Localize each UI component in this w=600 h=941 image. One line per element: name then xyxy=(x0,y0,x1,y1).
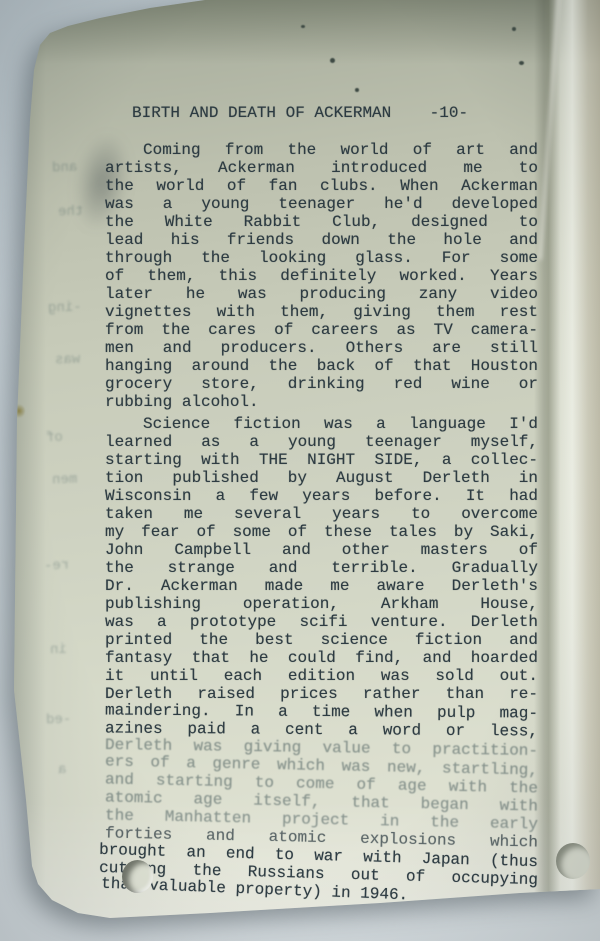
bleedthrough-text: of xyxy=(46,430,63,447)
bleedthrough-text: a xyxy=(58,762,67,778)
paragraph: Science fiction was a language I'd learn… xyxy=(105,415,538,901)
text-line: taken me several years to overcome xyxy=(105,505,538,523)
typewritten-text-block: BIRTH AND DEATH OF ACKERMAN -10- Coming … xyxy=(105,104,538,901)
text-line: was a young teenager he'd developed xyxy=(105,195,538,213)
ink-speck xyxy=(330,58,335,63)
bleedthrough-text: in xyxy=(50,642,67,659)
text-line: of them, this definitely worked. Years xyxy=(105,267,538,285)
text-line: the strange and terrible. Gradually xyxy=(105,559,538,577)
bleedthrough-text: -ed xyxy=(46,712,72,729)
paper-top-shading xyxy=(0,0,600,64)
text-line: Derleth raised prices rather than re- xyxy=(105,685,538,703)
bleedthrough-text: was xyxy=(55,352,81,369)
text-line: publishing operation, Arkham House, xyxy=(105,595,538,613)
text-line: Science fiction was a language I'd xyxy=(105,415,538,433)
paragraph: Coming from the world of art and artists… xyxy=(105,141,538,411)
text-line: later he was producing zany video xyxy=(105,285,538,303)
ink-speck xyxy=(301,25,305,28)
page-title: BIRTH AND DEATH OF ACKERMAN -10- xyxy=(132,104,538,122)
paper-left-shading xyxy=(0,0,46,941)
text-line: artists, Ackerman introduced me to xyxy=(105,159,538,177)
text-line: rubbing alcohol. xyxy=(105,393,538,411)
text-line: the world of fan clubs. When Ackerman xyxy=(105,177,538,195)
text-line: Coming from the world of art and xyxy=(105,141,538,159)
text-line: was a prototype scifi venture. Derleth xyxy=(105,613,538,631)
document-page: and the -ing was of men re- in -ed a BIR… xyxy=(0,0,600,941)
text-line: vignettes with them, giving them rest xyxy=(105,303,538,321)
text-line: learned as a young teenager myself, xyxy=(105,433,538,451)
text-line: through the looking glass. For some xyxy=(105,249,538,267)
ink-speck xyxy=(355,88,359,92)
punch-hole xyxy=(556,843,590,879)
text-line: it until each edition was sold out. xyxy=(105,667,538,685)
brown-stain xyxy=(13,404,25,418)
text-line: fantasy that he could find, and hoarded xyxy=(105,649,538,667)
text-line: hanging around the back of that Houston xyxy=(105,357,538,375)
bleedthrough-text: and xyxy=(52,160,78,177)
text-line: Wisconsin a few years before. It had xyxy=(105,487,538,505)
text-line: starting with THE NIGHT SIDE, a collec- xyxy=(105,451,538,469)
ink-speck xyxy=(519,61,524,65)
text-line: printed the best science fiction and xyxy=(105,631,538,649)
text-line: Dr. Ackerman made me aware Derleth's xyxy=(105,577,538,595)
text-line: tion published by August Derleth in xyxy=(105,469,538,487)
text-line: lead his friends down the hole and xyxy=(105,231,538,249)
text-line: John Campbell and other masters of xyxy=(105,541,538,559)
paper-crease xyxy=(539,0,561,260)
ink-speck xyxy=(512,27,516,31)
text-line: grocery store, drinking red wine or xyxy=(105,375,538,393)
bleedthrough-text: men xyxy=(52,472,78,489)
page-curl-fold xyxy=(534,0,600,941)
bleedthrough-text: the xyxy=(58,204,84,221)
text-line: men and producers. Others are still xyxy=(105,339,538,357)
photo-background: and the -ing was of men re- in -ed a BIR… xyxy=(0,0,600,941)
text-line: the White Rabbit Club, designed to xyxy=(105,213,538,231)
text-line: from the cares of careers as TV camera- xyxy=(105,321,538,339)
bleedthrough-text: re- xyxy=(44,558,70,575)
text-line: my fear of some of these tales by Saki, xyxy=(105,523,538,541)
bleedthrough-text: -ing xyxy=(48,299,82,316)
